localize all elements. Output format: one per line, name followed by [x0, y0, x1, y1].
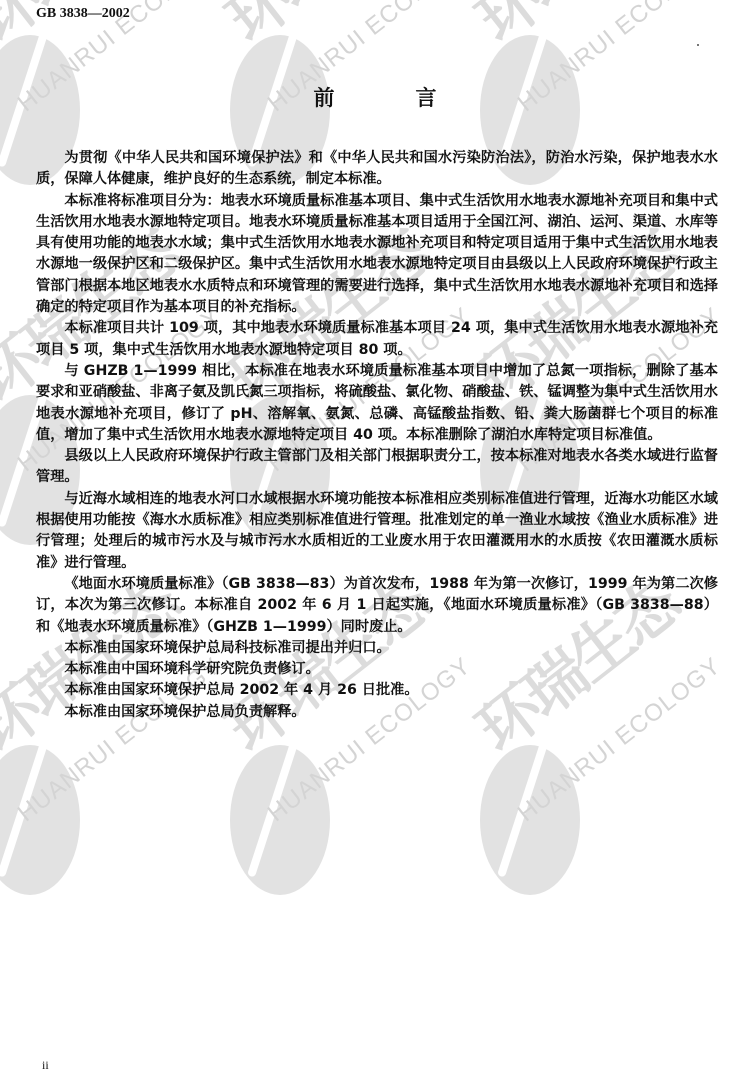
paragraph: 本标准由国家环境保护总局科技标准司提出并归口。 [36, 638, 718, 659]
document-page: GB 3838—2002 前 言 为贯彻《中华人民共和国环境保护法》和《中华人民… [0, 0, 750, 1080]
paragraph: 本标准将标准项目分为：地表水环境质量标准基本项目、集中式生活饮用水地表水源地补充… [36, 191, 718, 319]
paragraph: 本标准项目共计 109 项，其中地表水环境质量标准基本项目 24 项，集中式生活… [36, 318, 718, 361]
page-number: ii [42, 1058, 49, 1073]
paragraph: 本标准由国家环境保护总局 2002 年 4 月 26 日批准。 [36, 680, 718, 701]
scan-speck [697, 44, 699, 46]
page-title: 前 言 [0, 82, 750, 112]
paragraph: 《地面水环境质量标准》（GB 3838—83）为首次发布，1988 年为第一次修… [36, 574, 718, 638]
paragraph: 与近海水域相连的地表水河口水域根据水环境功能按本标准相应类别标准值进行管理，近海… [36, 489, 718, 574]
standard-code: GB 3838—2002 [36, 6, 130, 22]
paragraph: 为贯彻《中华人民共和国环境保护法》和《中华人民共和国水污染防治法》，防治水污染，… [36, 148, 718, 191]
paragraph: 本标准由中国环境科学研究院负责修订。 [36, 659, 718, 680]
paragraph: 县级以上人民政府环境保护行政主管部门及相关部门根据职责分工，按本标准对地表水各类… [36, 446, 718, 489]
preface-body: 为贯彻《中华人民共和国环境保护法》和《中华人民共和国水污染防治法》，防治水污染，… [36, 148, 718, 723]
paragraph: 本标准由国家环境保护总局负责解释。 [36, 702, 718, 723]
paragraph: 与 GHZB 1—1999 相比，本标准在地表水环境质量标准基本项目中增加了总氮… [36, 361, 718, 446]
